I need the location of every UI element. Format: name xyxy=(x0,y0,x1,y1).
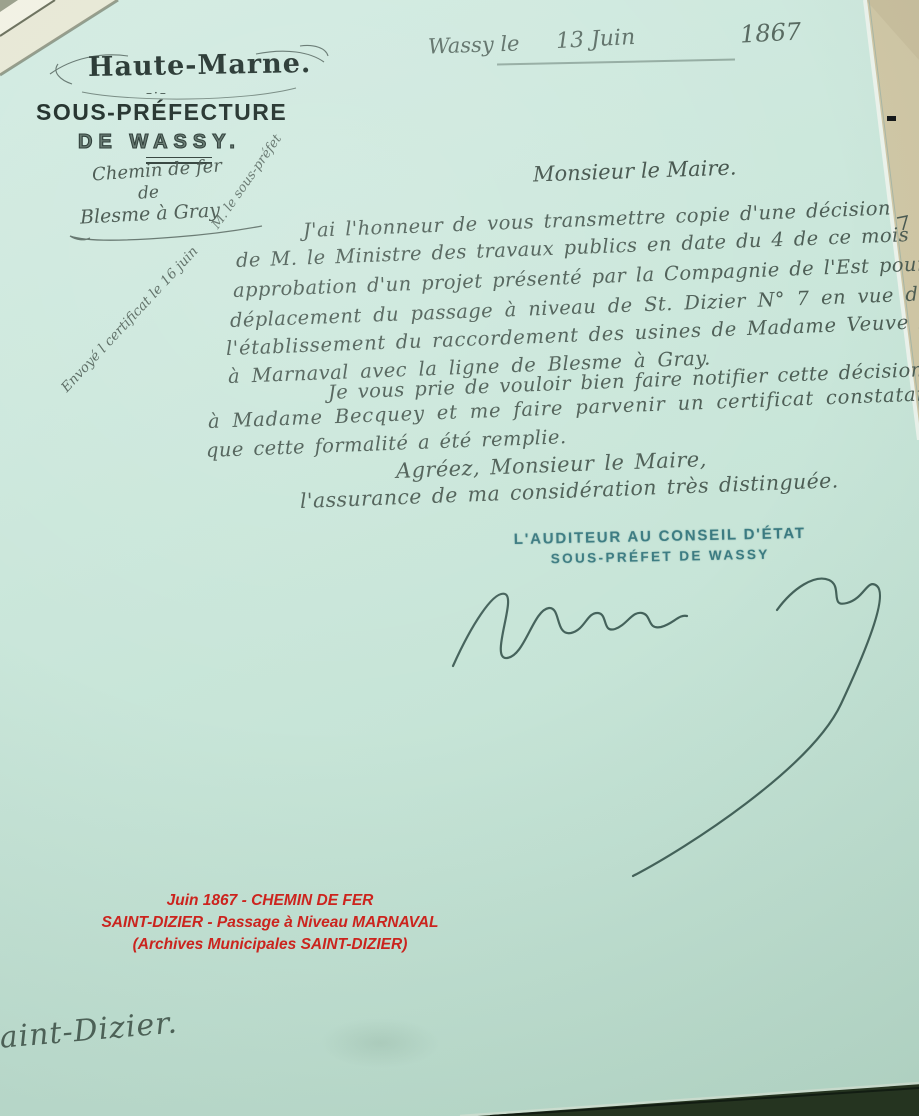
subject-note-line1: Chemin de fer xyxy=(91,155,222,185)
dateline-underline xyxy=(497,59,735,65)
archive-caption-line3: (Archives Municipales SAINT-DIZIER) xyxy=(52,934,488,956)
dark-speck xyxy=(887,116,896,121)
paper-smudge xyxy=(320,1018,440,1068)
subject-underline-swash xyxy=(66,224,266,244)
letterhead-department: Haute-Marne. xyxy=(88,48,312,83)
sheet-edge-bottom xyxy=(430,1075,919,1116)
bottom-left-script: Saint-Dizier. xyxy=(0,1005,179,1057)
letterhead-office-place: DE WASSY. xyxy=(78,131,241,154)
letterhead-office: SOUS-PRÉFECTURE xyxy=(36,99,287,126)
dateline-day-month: 13 Juin xyxy=(555,25,635,54)
salutation: Monsieur le Maire. xyxy=(533,155,737,186)
stamp-line1: L'AUDITEUR AU CONSEIL D'ÉTAT xyxy=(492,524,828,548)
signature xyxy=(425,548,885,888)
archive-caption: Juin 1867 - CHEMIN DE FER SAINT-DIZIER -… xyxy=(52,890,488,956)
document-photo: Haute-Marne. –·– SOUS-PRÉFECTURE DE WASS… xyxy=(0,0,919,1116)
archive-caption-line2: SAINT-DIZIER - Passage à Niveau MARNAVAL xyxy=(52,912,488,934)
archive-caption-line1: Juin 1867 - CHEMIN DE FER xyxy=(52,890,488,912)
dateline-year: 1867 xyxy=(739,17,801,48)
letterhead-ornament: –·– xyxy=(146,86,168,100)
margin-note-followup: Envoyé l certificat le 16 juin xyxy=(58,243,201,395)
dateline-place: Wassy le xyxy=(428,31,520,58)
subject-note-line2: de xyxy=(137,182,159,203)
